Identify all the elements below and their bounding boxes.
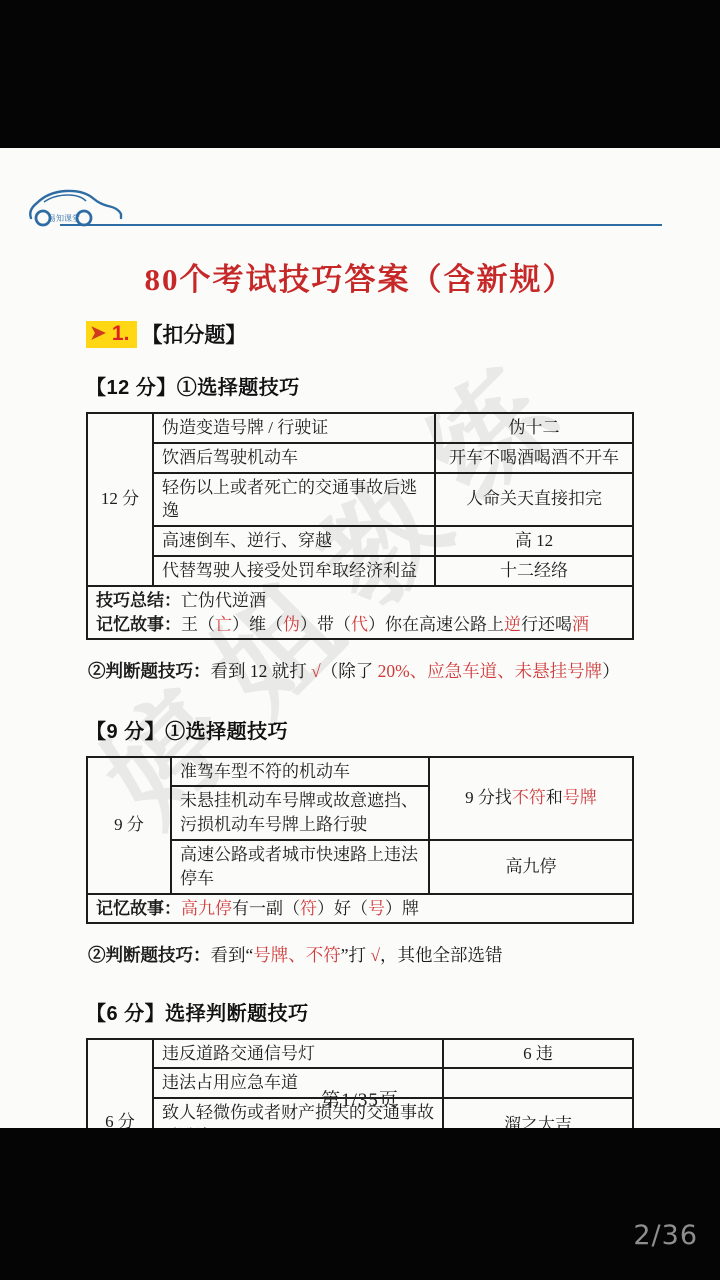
violation-cell: 代替驾驶人接受处罚牟取经济利益 [153, 556, 435, 586]
violation-cell: 高速倒车、逆行、穿越 [153, 526, 435, 556]
story-line: 记忆故事：王（亡）维（伪）带（代）你在高速公路上逆行还喝酒 [96, 613, 624, 637]
document-content: 易知课堂 80个考试技巧答案（含新规） ➤ 1. 【扣分题】 【12 分】①选择… [0, 148, 720, 1128]
table-row: 代替驾驶人接受处罚牟取经济利益 十二经络 [87, 556, 633, 586]
violation-cell: 饮酒后驾驶机动车 [153, 443, 435, 473]
score-cell-12: 12 分 [87, 413, 153, 586]
top-letterbox-bar [0, 0, 720, 148]
bottom-letterbox-bar: 2/36 [0, 1128, 720, 1280]
document-page-number: 第1/35页 [0, 1085, 720, 1112]
section-number: 1. [112, 322, 130, 346]
tip-cell: 人命关天直接扣完 [435, 473, 633, 527]
violation-cell: 违反道路交通信号灯 [153, 1039, 443, 1069]
table-row: 轻伤以上或者死亡的交通事故后逃逸 人命关天直接扣完 [87, 473, 633, 527]
tip-cell: 开车不喝酒喝酒不开车 [435, 443, 633, 473]
heading-12pts: 【12 分】①选择题技巧 [86, 371, 634, 400]
table-footer-row: 记忆故事：高九停有一副（符）好（号）牌 [87, 894, 633, 924]
story-cell: 记忆故事：高九停有一副（符）好（号）牌 [87, 894, 633, 924]
violation-cell: 未悬挂机动车号牌或故意遮挡、污损机动车号牌上路行驶 [171, 786, 429, 840]
phone-screen: 婷姐教练 易知课堂 80个考试技巧答案（含新规） ➤ [0, 0, 720, 1280]
summary-story-cell: 技巧总结：亡伪代逆酒 记忆故事：王（亡）维（伪）带（代）你在高速公路上逆行还喝酒 [87, 586, 633, 640]
table-9pts: 9 分 准驾车型不符的机动车 9 分找不符和号牌 未悬挂机动车号牌或故意遮挡、污… [86, 756, 634, 925]
summary-line: 技巧总结：亡伪代逆酒 [96, 589, 624, 613]
table-row: 高速倒车、逆行、穿越 高 12 [87, 526, 633, 556]
arrow-icon: ➤ [90, 324, 106, 343]
heading-9pts: 【9 分】①选择题技巧 [86, 715, 634, 744]
violation-cell: 高速公路或者城市快速路上违法停车 [171, 840, 429, 894]
viewer-page-indicator: 2/36 [633, 1220, 698, 1251]
tip-cell: 十二经络 [435, 556, 633, 586]
violation-cell: 准驾车型不符的机动车 [171, 757, 429, 787]
header-rule [60, 224, 662, 226]
section-label: 【扣分题】 [141, 319, 246, 349]
table-12pts: 12 分 伪造变造号牌 / 行驶证 伪十二 饮酒后驾驶机动车 开车不喝酒喝酒不开… [86, 412, 634, 640]
violation-cell: 伪造变造号牌 / 行驶证 [153, 413, 435, 443]
tip-cell: 高 12 [435, 526, 633, 556]
tip-cell-merged: 9 分找不符和号牌 [429, 757, 633, 840]
brand-text: 易知课堂 [48, 213, 80, 223]
score-cell-9: 9 分 [87, 757, 171, 894]
section-1-marker: ➤ 1. 【扣分题】 [86, 319, 634, 349]
document-page[interactable]: 婷姐教练 易知课堂 80个考试技巧答案（含新规） ➤ [0, 148, 720, 1128]
score-cell-6: 6 分 [87, 1039, 153, 1128]
table-row: 饮酒后驾驶机动车 开车不喝酒喝酒不开车 [87, 443, 633, 473]
document-title: 80个考试技巧答案（含新规） [86, 254, 634, 299]
table-row: 12 分 伪造变造号牌 / 行驶证 伪十二 [87, 413, 633, 443]
table-6pts: 6 分 违反道路交通信号灯 6 违 违法占用应急车道 致人轻微伤或者财产损失的交… [86, 1038, 634, 1128]
violation-cell: 轻伤以上或者死亡的交通事故后逃逸 [153, 473, 435, 527]
table-footer-row: 技巧总结：亡伪代逆酒 记忆故事：王（亡）维（伪）带（代）你在高速公路上逆行还喝酒 [87, 586, 633, 640]
document-header: 易知课堂 [86, 148, 634, 228]
tip-cell: 高九停 [429, 840, 633, 894]
table-row: 6 分 违反道路交通信号灯 6 违 [87, 1039, 633, 1069]
heading-6pts: 【6 分】选择判断题技巧 [86, 997, 634, 1026]
table-row: 9 分 准驾车型不符的机动车 9 分找不符和号牌 [87, 757, 633, 787]
tip-cell: 伪十二 [435, 413, 633, 443]
highlight-chip: ➤ 1. [86, 321, 137, 348]
judge-tip-9: ②判断题技巧：看到“号牌、不符”打 √，其他全部选错 [88, 942, 634, 968]
judge-tip-12: ②判断题技巧：看到 12 就打 √（除了 20%、应急车道、未悬挂号牌） [88, 658, 634, 684]
tip-cell: 6 违 [443, 1039, 633, 1069]
